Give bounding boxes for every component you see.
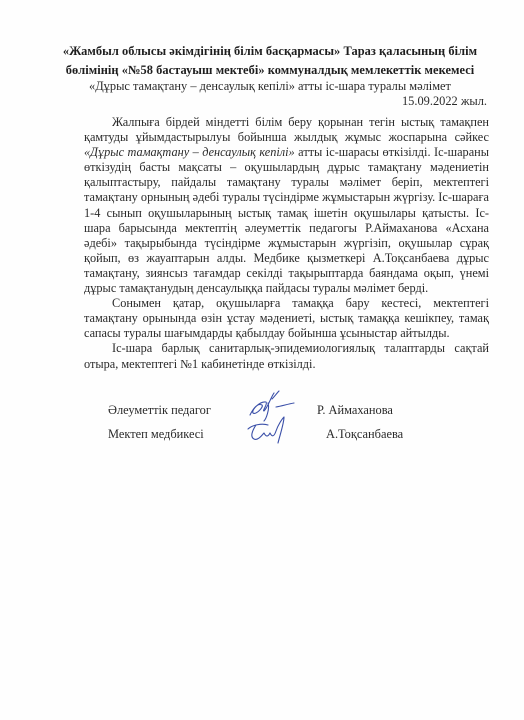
handwritten-signature-icon xyxy=(242,413,302,447)
signatory-name: А.Тоқсанбаева xyxy=(326,427,403,441)
paragraph-1-intro: Жалпыға бірдей міндетті білім беру қорын… xyxy=(84,115,489,144)
document-date: 15.09.2022 жыл. xyxy=(402,94,487,108)
document-body: Жалпыға бірдей міндетті білім беру қорын… xyxy=(84,115,489,372)
signature-row-school-nurse: Мектеп медбикесі А.Тоқсанбаева xyxy=(108,427,448,447)
header-line-1: «Жамбыл облысы әкімдігінің білім басқарм… xyxy=(60,42,480,61)
event-title-italic: «Дұрыс тамақтану – денсаулық кепілі» xyxy=(84,145,295,159)
paragraph-1: Жалпыға бірдей міндетті білім беру қорын… xyxy=(84,115,489,296)
paragraph-1-rest: атты іс-шарасы өткізілді. Іс-шараны өткі… xyxy=(84,145,489,295)
document-title: «Дұрыс тамақтану – денсаулық кепілі» атт… xyxy=(60,79,480,93)
signatory-role: Мектеп медбикесі xyxy=(108,427,204,441)
document-page: «Жамбыл облысы әкімдігінің білім басқарм… xyxy=(0,0,524,720)
header-line-2: бөлімінің «№58 бастауыш мектебі» коммуна… xyxy=(60,61,480,80)
signatory-role: Әлеуметтік педагог xyxy=(108,403,211,417)
paragraph-2: Сонымен қатар, оқушыларға тамаққа бару к… xyxy=(84,296,489,341)
signatory-name: Р. Аймаханова xyxy=(317,403,393,417)
institution-header: «Жамбыл облысы әкімдігінің білім басқарм… xyxy=(60,42,480,80)
paragraph-3: Іс-шара барлық санитарлық-эпидемиологиял… xyxy=(84,341,489,371)
